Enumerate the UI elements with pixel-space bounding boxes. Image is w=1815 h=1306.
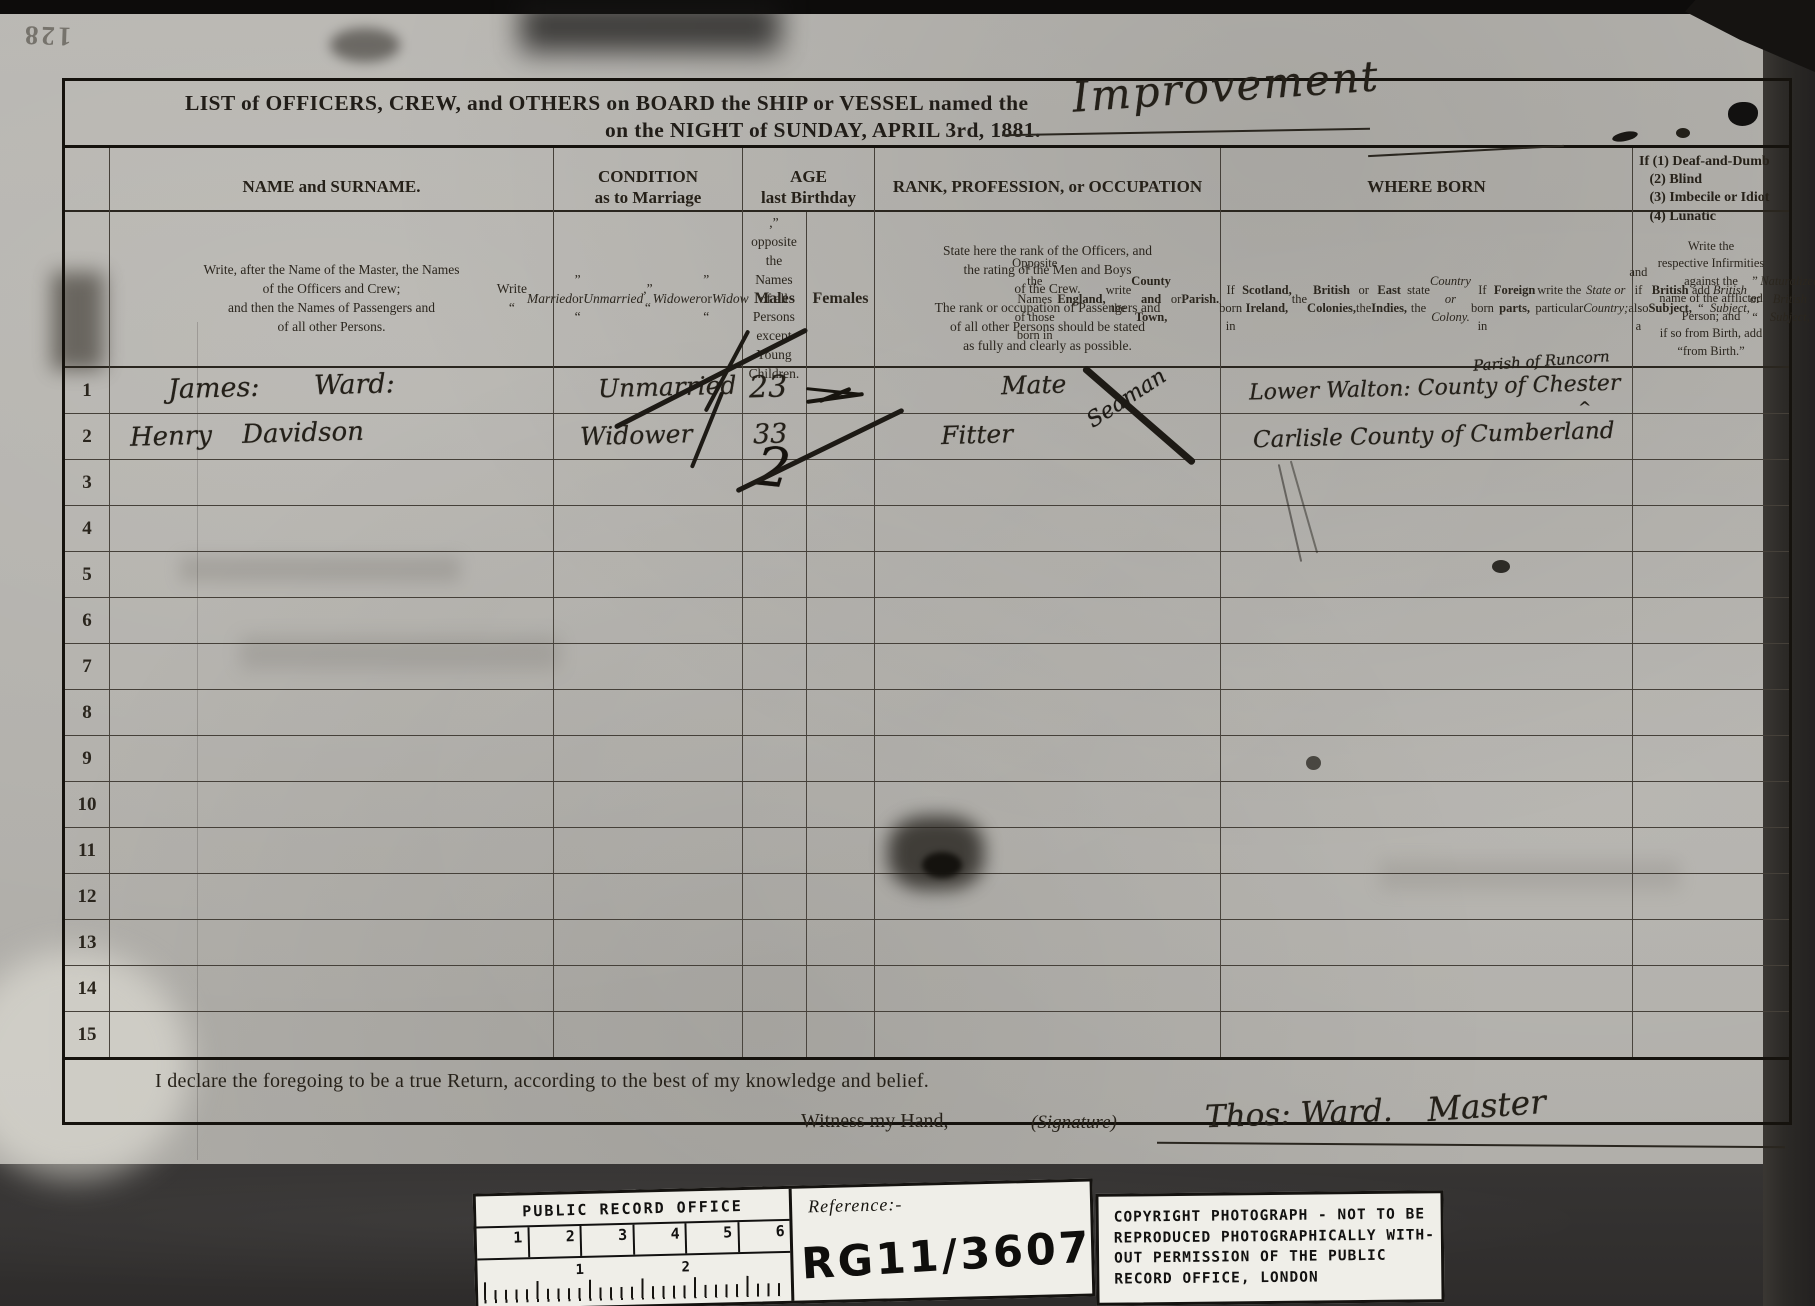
cell-where-born: Lower Walton: County of ChesterParish of… bbox=[1221, 368, 1633, 413]
cell-no: 5 bbox=[65, 552, 110, 597]
cell-rank bbox=[875, 1012, 1221, 1057]
cell-no: 2 bbox=[65, 414, 110, 459]
photo-edge-top bbox=[0, 0, 1815, 14]
cell-no: 15 bbox=[65, 1012, 110, 1057]
cell-where-born bbox=[1221, 782, 1633, 827]
cell-name bbox=[110, 966, 554, 1011]
cell-no: 4 bbox=[65, 506, 110, 551]
cell-where-born bbox=[1221, 598, 1633, 643]
cell-females bbox=[807, 966, 875, 1011]
cell-rank bbox=[875, 828, 1221, 873]
cell-infirm bbox=[1633, 414, 1789, 459]
cell-no: 9 bbox=[65, 736, 110, 781]
subheader-females: Females bbox=[807, 212, 875, 386]
pro-stamp-title: PUBLIC RECORD OFFICE bbox=[476, 1189, 790, 1222]
cell-rank bbox=[875, 874, 1221, 919]
handwritten-where-born: Carlisle County of Cumberland bbox=[1221, 418, 1615, 454]
cell-rank bbox=[875, 736, 1221, 781]
table-row: 12 bbox=[65, 874, 1789, 920]
cell-rank bbox=[875, 506, 1221, 551]
inch-label: 2 bbox=[529, 1226, 582, 1257]
cell-rank bbox=[875, 552, 1221, 597]
cell-condition bbox=[554, 644, 743, 689]
table-row: 9 bbox=[65, 736, 1789, 782]
table-row: 14 bbox=[65, 966, 1789, 1012]
instruction-row-number bbox=[65, 212, 110, 386]
cell-where-born bbox=[1221, 828, 1633, 873]
cell-rank bbox=[875, 598, 1221, 643]
cell-males: 23 bbox=[743, 368, 807, 413]
cell-name bbox=[110, 460, 554, 505]
signature-label: (Signature) bbox=[1031, 1112, 1117, 1134]
cell-no: 14 bbox=[65, 966, 110, 1011]
cell-males bbox=[743, 966, 807, 1011]
inch-label: 3 bbox=[581, 1225, 634, 1256]
handwritten-rank: Mate bbox=[875, 370, 1067, 404]
scanned-census-document: 128 LIST of OFFICERS, CREW, and OTHERS o… bbox=[0, 0, 1815, 1306]
column-instructions: Write, after the Name of the Master, the… bbox=[65, 212, 1789, 368]
table-row: 1James: Ward:Unmarried23MateLower Walton… bbox=[65, 368, 1789, 414]
copyright-stamp: COPYRIGHT PHOTOGRAPH - NOT TO BE REPRODU… bbox=[1095, 1190, 1444, 1306]
table-row: 6 bbox=[65, 598, 1789, 644]
page-number-stamp: 128 bbox=[21, 19, 72, 52]
cell-infirm bbox=[1633, 966, 1789, 1011]
cell-males bbox=[743, 782, 807, 827]
cell-where-born: Carlisle County of Cumberland bbox=[1221, 414, 1633, 459]
cell-males bbox=[743, 1012, 807, 1057]
pro-reference-section: Reference:- RG11/3607 bbox=[792, 1182, 1093, 1301]
pro-ruler-section: PUBLIC RECORD OFFICE 1 2 3 4 5 6 1 2 bbox=[476, 1189, 795, 1306]
cell-condition bbox=[554, 506, 743, 551]
cell-infirm bbox=[1633, 782, 1789, 827]
declaration-statement: I declare the foregoing to be a true Ret… bbox=[155, 1070, 929, 1093]
cell-infirm bbox=[1633, 460, 1789, 505]
cell-males bbox=[743, 598, 807, 643]
cell-name bbox=[110, 874, 554, 919]
cell-where-born bbox=[1221, 506, 1633, 551]
cell-name: James: Ward: bbox=[110, 368, 554, 413]
cell-infirm bbox=[1633, 598, 1789, 643]
cell-condition bbox=[554, 1012, 743, 1057]
cell-name bbox=[110, 644, 554, 689]
cell-no: 6 bbox=[65, 598, 110, 643]
cell-where-born bbox=[1221, 736, 1633, 781]
handwritten-name: James: Ward: bbox=[110, 368, 396, 406]
cell-condition bbox=[554, 828, 743, 873]
cell-males bbox=[743, 874, 807, 919]
cm-label: 1 bbox=[575, 1262, 584, 1278]
instruction-infirmities: Write the respective Infirmities against… bbox=[1633, 212, 1789, 386]
cell-no: 1 bbox=[65, 368, 110, 413]
table-row: 15 bbox=[65, 1012, 1789, 1060]
cell-condition: Widower bbox=[554, 414, 743, 459]
cell-no: 12 bbox=[65, 874, 110, 919]
inch-label: 5 bbox=[686, 1222, 739, 1253]
cell-males bbox=[743, 644, 807, 689]
instruction-name: Write, after the Name of the Master, the… bbox=[110, 212, 554, 386]
copyright-notice: COPYRIGHT PHOTOGRAPH - NOT TO BE REPRODU… bbox=[1114, 1204, 1442, 1290]
cell-infirm bbox=[1633, 736, 1789, 781]
cell-condition bbox=[554, 782, 743, 827]
cell-rank bbox=[875, 966, 1221, 1011]
cell-males bbox=[743, 736, 807, 781]
table-row: 2Henry DavidsonWidower33FitterCarlisle C… bbox=[65, 414, 1789, 460]
cell-no: 7 bbox=[65, 644, 110, 689]
column-headers: NAME and SURNAME. CONDITION as to Marria… bbox=[65, 148, 1789, 212]
handwritten-signature-title: Master bbox=[1426, 1082, 1547, 1129]
cell-where-born bbox=[1221, 874, 1633, 919]
cell-females bbox=[807, 552, 875, 597]
handwritten-where-born: Lower Walton: County of Chester bbox=[1221, 371, 1621, 406]
cell-condition bbox=[554, 690, 743, 735]
cell-name bbox=[110, 782, 554, 827]
cell-females bbox=[807, 644, 875, 689]
cell-where-born bbox=[1221, 552, 1633, 597]
cell-males bbox=[743, 920, 807, 965]
cell-condition bbox=[554, 736, 743, 781]
witness-label: Witness my Hand, bbox=[801, 1110, 949, 1133]
table-row: 8 bbox=[65, 690, 1789, 736]
cell-males bbox=[743, 828, 807, 873]
inch-label: 1 bbox=[477, 1227, 530, 1258]
cell-where-born bbox=[1221, 1012, 1633, 1057]
cell-females bbox=[807, 460, 875, 505]
table-row: 10 bbox=[65, 782, 1789, 828]
cell-rank bbox=[875, 690, 1221, 735]
cell-rank: Mate bbox=[875, 368, 1221, 413]
cell-name bbox=[110, 506, 554, 551]
cell-name bbox=[110, 920, 554, 965]
cell-where-born bbox=[1221, 966, 1633, 1011]
instruction-condition: Write “Married” or “Unmarried,” “Widower… bbox=[554, 212, 743, 386]
cell-rank bbox=[875, 920, 1221, 965]
cell-infirm bbox=[1633, 1012, 1789, 1057]
cell-females bbox=[807, 736, 875, 781]
cell-name bbox=[110, 598, 554, 643]
cell-name bbox=[110, 828, 554, 873]
form-title-block: LIST of OFFICERS, CREW, and OTHERS on BO… bbox=[65, 81, 1789, 148]
cell-where-born bbox=[1221, 690, 1633, 735]
cell-females bbox=[807, 1012, 875, 1057]
cell-name bbox=[110, 552, 554, 597]
cell-infirm bbox=[1633, 920, 1789, 965]
insertion-caret: ^ bbox=[1578, 398, 1591, 417]
cell-name bbox=[110, 690, 554, 735]
declaration-block: I declare the foregoing to be a true Ret… bbox=[65, 1060, 1789, 1146]
cell-no: 11 bbox=[65, 828, 110, 873]
census-form: LIST of OFFICERS, CREW, and OTHERS on BO… bbox=[62, 78, 1792, 1125]
cell-females bbox=[807, 506, 875, 551]
cell-condition bbox=[554, 966, 743, 1011]
cell-no: 13 bbox=[65, 920, 110, 965]
cell-where-born bbox=[1221, 644, 1633, 689]
cell-infirm bbox=[1633, 690, 1789, 735]
cell-females bbox=[807, 598, 875, 643]
table-row: 13 bbox=[65, 920, 1789, 966]
cell-no: 8 bbox=[65, 690, 110, 735]
public-record-office-stamp: PUBLIC RECORD OFFICE 1 2 3 4 5 6 1 2 Ref… bbox=[473, 1178, 1096, 1306]
cell-males bbox=[743, 552, 807, 597]
handwritten-males: 23 bbox=[743, 369, 788, 405]
form-title-line1: LIST of OFFICERS, CREW, and OTHERS on BO… bbox=[185, 91, 1028, 116]
table-row: 7 bbox=[65, 644, 1789, 690]
cell-rank bbox=[875, 644, 1221, 689]
ruler-major-ticks bbox=[484, 1275, 785, 1303]
handwritten-reference-number: RG11/3607 bbox=[800, 1222, 1093, 1289]
cell-infirm bbox=[1633, 368, 1789, 413]
cm-label: 2 bbox=[681, 1259, 690, 1275]
form-title-line2: on the NIGHT of SUNDAY, APRIL 3rd, 1881. bbox=[605, 118, 1041, 143]
cell-no: 3 bbox=[65, 460, 110, 505]
cell-name bbox=[110, 736, 554, 781]
cell-condition bbox=[554, 552, 743, 597]
cell-females bbox=[807, 690, 875, 735]
cell-name: Henry Davidson bbox=[110, 414, 554, 459]
ruler-cm-scale: 1 2 bbox=[477, 1253, 791, 1306]
cell-females bbox=[807, 782, 875, 827]
handwritten-signature: Thos: Ward. bbox=[1204, 1093, 1393, 1136]
cell-condition bbox=[554, 920, 743, 965]
inch-label: 6 bbox=[739, 1221, 790, 1252]
cell-infirm bbox=[1633, 506, 1789, 551]
cell-infirm bbox=[1633, 874, 1789, 919]
table-row: 5 bbox=[65, 552, 1789, 598]
cell-infirm bbox=[1633, 644, 1789, 689]
table-row: 4 bbox=[65, 506, 1789, 552]
cell-rank bbox=[875, 460, 1221, 505]
cell-females bbox=[807, 920, 875, 965]
cell-condition bbox=[554, 460, 743, 505]
cell-infirm bbox=[1633, 552, 1789, 597]
reference-label: Reference:- bbox=[808, 1194, 903, 1217]
cell-name bbox=[110, 1012, 554, 1057]
handwritten-name: Henry Davidson bbox=[110, 417, 365, 454]
inch-label: 4 bbox=[634, 1223, 687, 1254]
cell-males bbox=[743, 506, 807, 551]
cell-females bbox=[807, 828, 875, 873]
handwritten-rank: Fitter bbox=[875, 419, 1014, 452]
cell-infirm bbox=[1633, 828, 1789, 873]
cell-where-born bbox=[1221, 920, 1633, 965]
table-row: 11 bbox=[65, 828, 1789, 874]
cell-no: 10 bbox=[65, 782, 110, 827]
table-row: 3 bbox=[65, 460, 1789, 506]
cell-rank bbox=[875, 782, 1221, 827]
cell-condition bbox=[554, 874, 743, 919]
cell-males bbox=[743, 690, 807, 735]
cell-females bbox=[807, 874, 875, 919]
cell-condition bbox=[554, 598, 743, 643]
table-rows: 1James: Ward:Unmarried23MateLower Walton… bbox=[65, 368, 1789, 1060]
